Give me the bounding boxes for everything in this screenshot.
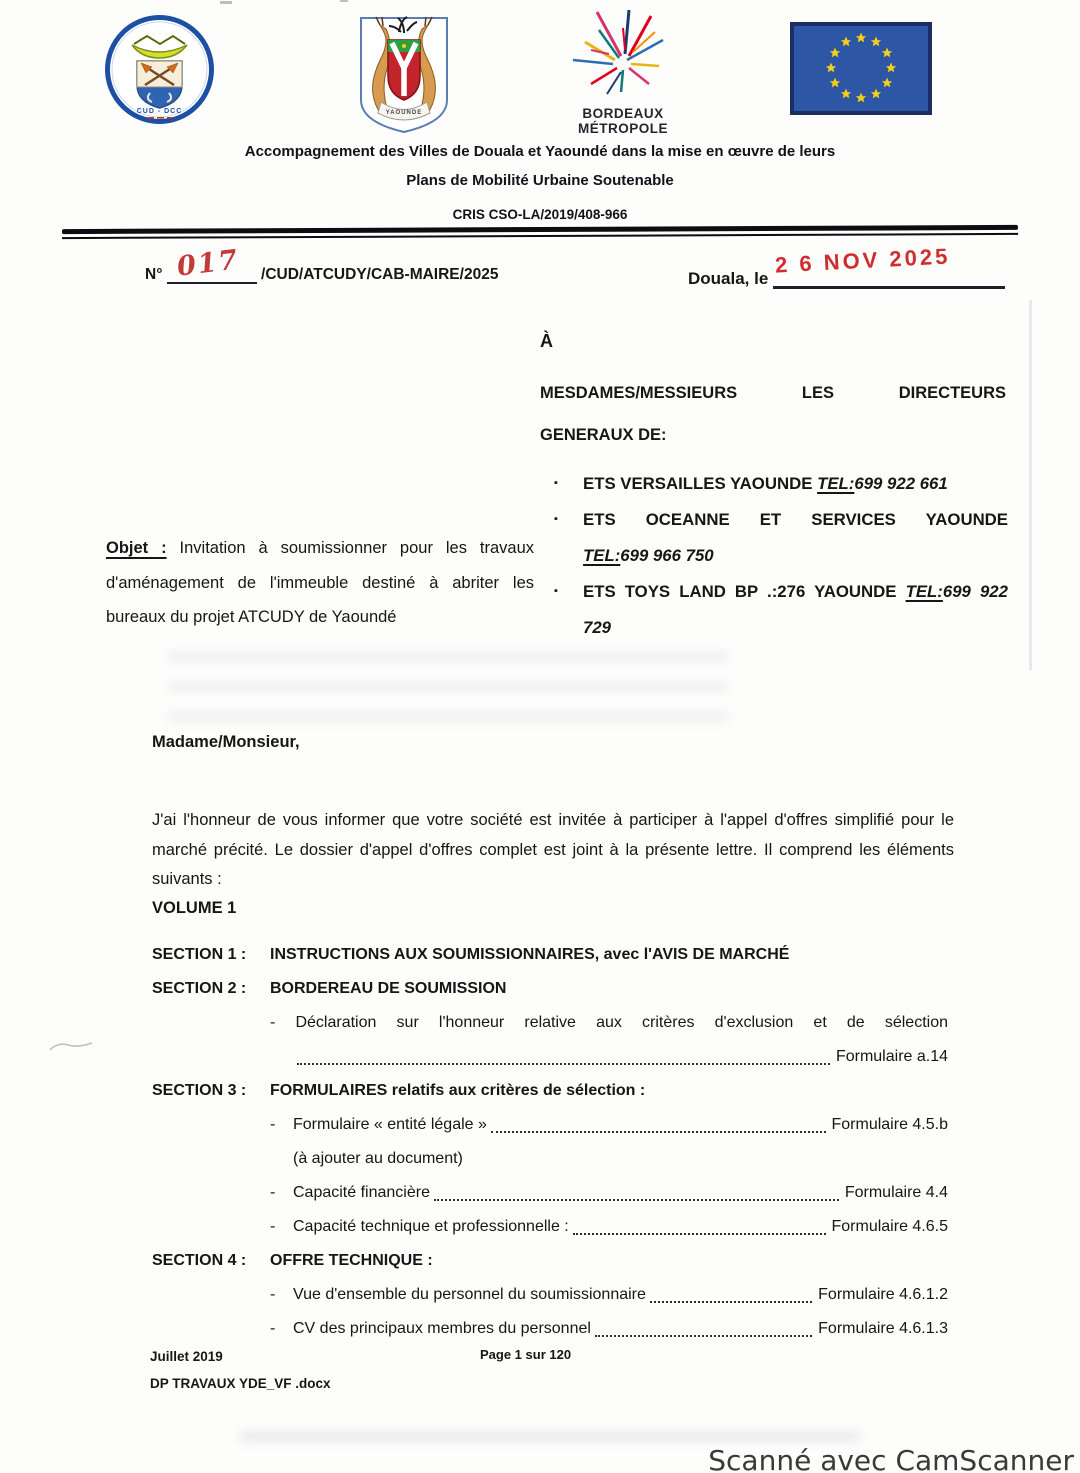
objet-label: Objet : xyxy=(106,539,167,557)
dot-leader xyxy=(573,1233,826,1235)
recipient-item: ▪ ETS TOYS LAND BP .:276 YAOUNDE TEL:699… xyxy=(552,574,1008,646)
dash-marker: - xyxy=(270,1176,293,1210)
bordeaux-logo-line2: MÉTROPOLE xyxy=(558,121,688,136)
form-item-row: - Formulaire « entité légale » Formulair… xyxy=(152,1108,948,1142)
footer-page-indicator: Page 1 sur 120 xyxy=(480,1347,571,1362)
square-bullet-icon: ▪ xyxy=(554,573,558,609)
section-row: SECTION 2 : BORDEREAU DE SOUMISSION xyxy=(152,972,948,1006)
recipient-name: ETS TOYS LAND BP .:276 YAOUNDE xyxy=(583,582,896,601)
dot-leader xyxy=(434,1199,839,1201)
footer-file-name: DP TRAVAUX YDE_VF .docx xyxy=(150,1376,331,1391)
pencil-squiggle xyxy=(48,1038,98,1056)
salutation: Madame/Monsieur, xyxy=(152,733,300,752)
declaration-item-line1: - Déclaration sur l'honneur relative aux… xyxy=(152,1006,948,1040)
footer-date: Juillet 2019 xyxy=(150,1349,223,1364)
camscanner-watermark: Scanné avec CamScanner xyxy=(708,1444,1074,1473)
yaounde-banner-text: YAOUNDE xyxy=(386,110,422,116)
intro-paragraph: J'ai l'honneur de vous informer que votr… xyxy=(152,806,954,895)
scanned-letter-page: CUD - DCC YAOUNDE xyxy=(0,0,1080,1473)
form-item-row: - Capacité technique et professionnelle … xyxy=(152,1210,948,1244)
place-date-line: Douala, le 2 6 NOV 2025 xyxy=(688,262,1005,289)
form-item-row: - Capacité financière Formulaire 4.4 xyxy=(152,1176,948,1210)
objet-block: Objet : Invitation à soumissionner pour … xyxy=(106,531,534,635)
recipient-list: ▪ ETS VERSAILLES YAOUNDE TEL:699 922 661… xyxy=(552,466,1008,646)
reference-suffix: /CUD/ATCUDY/CAB-MAIRE/2025 xyxy=(261,266,498,283)
dash-marker: - xyxy=(270,1210,293,1244)
square-bullet-icon: ▪ xyxy=(554,465,558,501)
volume-heading: VOLUME 1 xyxy=(152,899,236,918)
handwritten-reference-number: 017 xyxy=(175,244,241,282)
scan-fold-streak xyxy=(1029,300,1032,670)
bordeaux-starburst-icon xyxy=(558,6,688,101)
place-label: Douala, le xyxy=(688,269,768,288)
header-divider-rule xyxy=(62,225,1018,239)
dash-marker: - xyxy=(270,1312,293,1346)
project-title-line2: Plans de Mobilité Urbaine Soutenable xyxy=(0,172,1080,189)
reference-prefix: N° xyxy=(145,266,162,283)
sections-list: SECTION 1 : INSTRUCTIONS AUX SOUMISSIONN… xyxy=(152,938,948,1346)
section-row: SECTION 4 : OFFRE TECHNIQUE : xyxy=(152,1244,948,1278)
cris-reference: CRIS CSO-LA/2019/408-966 xyxy=(0,207,1080,222)
recipient-item: ▪ ETS VERSAILLES YAOUNDE TEL:699 922 661 xyxy=(552,466,1008,502)
date-stamp: 2 6 NOV 2025 xyxy=(774,243,951,278)
declaration-item-line2: Formulaire a.14 xyxy=(152,1040,948,1074)
form-item-row: - CV des principaux membres du personnel… xyxy=(152,1312,948,1346)
project-title-line1: Accompagnement des Villes de Douala et Y… xyxy=(0,143,1080,160)
form-reference: Formulaire a.14 xyxy=(836,1040,948,1074)
cud-emblem-motto: CUD - DCC xyxy=(137,108,183,115)
form-reference: Formulaire 4.5.b xyxy=(832,1108,949,1142)
dot-leader xyxy=(650,1301,812,1303)
recipient-phone: TEL:699 966 750 xyxy=(583,546,714,565)
recipient-name: ETS VERSAILLES YAOUNDE xyxy=(583,474,812,493)
dash-marker: - xyxy=(270,1278,293,1312)
section-row: SECTION 3 : FORMULAIRES relatifs aux cri… xyxy=(152,1074,948,1108)
form-item-note: (à ajouter au document) xyxy=(152,1142,948,1176)
yaounde-coat-of-arms-icon: YAOUNDE xyxy=(351,12,457,136)
objet-text: Invitation à soumissionner pour les trav… xyxy=(106,539,534,626)
reference-number-underline: 017 xyxy=(167,260,257,284)
form-item-row: - Vue d'ensemble du personnel du soumiss… xyxy=(152,1278,948,1312)
date-underline: 2 6 NOV 2025 xyxy=(773,262,1005,289)
eu-flag-icon xyxy=(790,22,932,115)
form-reference: Formulaire 4.4 xyxy=(845,1176,948,1210)
dot-leader xyxy=(297,1063,830,1065)
section-row: SECTION 1 : INSTRUCTIONS AUX SOUMISSIONN… xyxy=(152,938,948,972)
dot-leader xyxy=(595,1335,812,1337)
ink-bleed-ghost xyxy=(168,652,728,732)
scan-artifact xyxy=(340,0,348,2)
dot-leader xyxy=(491,1131,826,1133)
form-reference: Formulaire 4.6.5 xyxy=(832,1210,949,1244)
scan-artifact xyxy=(220,1,232,4)
recipient-item: ▪ ETS OCEANNE ET SERVICES YAOUNDE TEL:69… xyxy=(552,502,1008,574)
reference-number-line: N° 017 /CUD/ATCUDY/CAB-MAIRE/2025 xyxy=(145,260,498,284)
form-reference: Formulaire 4.6.1.2 xyxy=(818,1278,948,1312)
recipient-heading-line2: GENERAUX DE: xyxy=(540,426,667,445)
dash-marker: - xyxy=(270,1108,293,1142)
recipient-phone: TEL:699 922 661 xyxy=(817,474,948,493)
bordeaux-logo-line1: BORDEAUX xyxy=(558,106,688,121)
square-bullet-icon: ▪ xyxy=(554,501,558,537)
recipient-name: ETS OCEANNE ET SERVICES YAOUNDE xyxy=(583,510,1008,529)
recipient-heading-line1: MESDAMES/MESSIEURS LES DIRECTEURS xyxy=(540,384,1006,403)
cud-emblem-icon: CUD - DCC xyxy=(103,13,216,126)
recipient-to: À xyxy=(540,331,553,352)
form-reference: Formulaire 4.6.1.3 xyxy=(818,1312,948,1346)
dash-marker: - xyxy=(270,1014,275,1031)
bordeaux-metropole-logo: BORDEAUX MÉTROPOLE xyxy=(558,6,688,136)
